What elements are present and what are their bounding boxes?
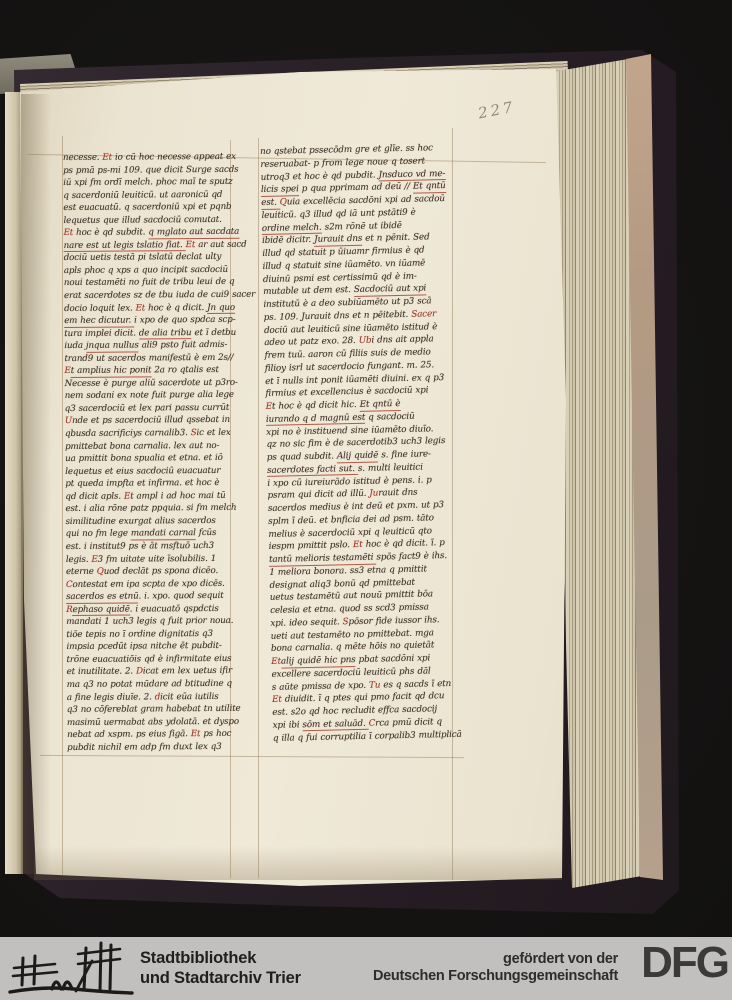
manuscript-line: docio loquit lex. Et hoc è q dicit. Jn q… bbox=[64, 301, 235, 315]
manuscript-line: em hec dicutur. i xpo de quo spdca scp- bbox=[64, 314, 235, 328]
ink-text: noui testamēti no fuit de tribu leui de … bbox=[64, 277, 235, 288]
ink-text: et ī detbu bbox=[191, 327, 236, 337]
manuscript-line: mandati 1 uch3 legis q fuit prior noua. bbox=[66, 615, 237, 629]
manuscript-line: pubdit nichil em adp fm duxt lex q3 bbox=[67, 740, 238, 754]
rubric-underlined-text: Alij quidē bbox=[337, 450, 379, 462]
manuscript-line: lequetus et eius sacdociū euacuatur bbox=[65, 464, 236, 478]
library-name-line1: Stadtbibliothek bbox=[140, 948, 301, 968]
rubric-text: Et bbox=[353, 540, 363, 550]
ink-text: uod declāt ps spona dicēo. bbox=[104, 566, 218, 577]
ink-text: hoc è qd dicit. ī. p bbox=[362, 538, 444, 550]
funding-credit-line1: gefördert von der bbox=[373, 951, 618, 968]
manuscript-line: nare est ut legis tslatio fiat. Et ar au… bbox=[64, 239, 235, 253]
ink-text: rca pmū dicit q bbox=[375, 717, 442, 728]
manuscript-line: dociū uetis testā pi tslatū declat ulty bbox=[64, 251, 235, 265]
manuscript-line: trand9 ut sacerdos manifestū è em 2s// bbox=[64, 352, 235, 366]
ink-text: lequetus que illud sacdociū comutat. bbox=[63, 215, 221, 226]
manuscript-line: tiōe tepis no ī ordine dignitatis q3 bbox=[66, 628, 237, 642]
ink-text: lequetus et eius sacdociū euacuatur bbox=[65, 466, 220, 477]
ink-text: q sacerdoniū leuiticū. ut aaronicū qd bbox=[63, 190, 222, 201]
manuscript-line: erat sacerdotes sz de tbu iuda de cui9 s… bbox=[64, 289, 235, 303]
ink-text: et inutilitate. 2. bbox=[67, 667, 136, 677]
manuscript-line: qui no fm lege mandati carnal fcūs bbox=[66, 527, 237, 541]
manuscript-line: qbusda sacrificiys carnalib3. Sic et lex bbox=[65, 427, 236, 441]
ink-text: icat em lex uetus ifir bbox=[143, 666, 232, 677]
ink-text: legis. bbox=[66, 554, 92, 564]
rubric-text: Et bbox=[272, 695, 282, 705]
ink-text: filioy isrl ut sacerdocio fungant. m. 25… bbox=[265, 360, 434, 374]
ink-text: uia excellēcia sacdōni xpi ad sacdoū bbox=[287, 194, 445, 207]
rubric-text: Et bbox=[271, 657, 281, 667]
ink-text: masimū uermabat abs ydolatā. et dyspo bbox=[67, 716, 239, 727]
ink-text: s aūte pmissa de xpo. bbox=[272, 680, 369, 692]
ink-text: adeo ut patz exo. 28. bbox=[264, 336, 359, 348]
ink-text: iuda bbox=[64, 341, 86, 351]
ink-text: ontestat em ipa scpta de xpo dicēs. bbox=[72, 578, 224, 589]
rubric-underlined-text: Et qntū bbox=[413, 181, 446, 193]
ink-text: pmittebat bona carnalia. lex aut no- bbox=[65, 440, 219, 451]
manuscript-line: ua pmittit bona spualia et etna. et iō bbox=[65, 452, 236, 466]
rubric-underlined-text: de alia tribu bbox=[139, 328, 192, 340]
manuscript-line: tura implei dicit. de alia tribu et ī de… bbox=[64, 326, 235, 340]
rubric-text: Et bbox=[64, 228, 74, 238]
ink-text: t hoc è qd dicit hic. bbox=[272, 400, 360, 412]
manuscript-line: Rephaso quidē. i euacuatō qspdctis bbox=[66, 602, 237, 616]
ink-text: pbat sacdōni xpi bbox=[355, 653, 430, 665]
ink-text: apls phoc q xps a quo incipit sacdociū bbox=[64, 265, 228, 276]
rubric-underlined-text: Jn quo bbox=[207, 302, 235, 314]
rubric-underlined-text: alij quidē hic pns bbox=[281, 655, 356, 668]
rubric-underlined-text: Jurauit dns bbox=[314, 234, 362, 247]
manuscript-line: noui testamēti no fuit de tribu leui de … bbox=[64, 276, 235, 290]
ink-text: io cū hoc necesse appeat ex bbox=[112, 152, 236, 163]
ink-text: nde et ps sacerdociū illud qssebat in bbox=[72, 415, 230, 426]
ink-text: iespm pmittit pslo. bbox=[269, 540, 353, 552]
rubric-text: Tu bbox=[369, 680, 380, 690]
manuscript-line: pt queda impfta et infirma. et hoc è bbox=[65, 477, 236, 491]
ink-text: Necesse è purge aliū sacerdote ut p3ro- bbox=[65, 378, 238, 389]
rubric-underlined-text: sacerdos es etnū bbox=[66, 592, 138, 604]
ink-text: mutable ut dem est. bbox=[263, 285, 354, 297]
ink-text: s. fine iure- bbox=[378, 449, 431, 460]
ruling-line-vertical-3 bbox=[258, 138, 259, 878]
ink-text: 3 fm uitate uite īsolubilis. 1 bbox=[98, 553, 217, 564]
ink-text: excellere sacerdociū leuiticū phs dāl bbox=[271, 666, 430, 679]
ink-text: est euacuatū. q sacerdoniū xpi et pqnb bbox=[63, 202, 231, 213]
ink-text: designat aliq3 bonū qd pmittebat bbox=[269, 577, 415, 590]
ink-text: q3 no cōfereblat gram habebat tn utilite bbox=[67, 704, 241, 715]
manuscript-line: qd dicit apls. Et ampl i ad hoc mai tū bbox=[65, 490, 236, 504]
ink-text: et n pēnit. Sed bbox=[362, 233, 430, 244]
ink-text: similitudine exurgat alius sacerdos bbox=[66, 516, 216, 527]
manuscript-line: pmittebat bona carnalia. lex aut no- bbox=[65, 439, 236, 453]
ink-text: s2m rōnē ut ibidē bbox=[322, 220, 402, 232]
manuscript-column-left: necesse. Et io cū hoc necesse appeat exp… bbox=[63, 151, 238, 754]
manuscript-line: Unde et ps sacerdociū illud qssebat in bbox=[65, 414, 236, 428]
manuscript-line: a fine legis diuīe. 2. dicit eūa iutilis bbox=[67, 690, 238, 704]
rubric-text: Q bbox=[97, 567, 104, 577]
manuscript-line: Et hoc è qd subdit. q mglato aut sacdata bbox=[64, 226, 235, 240]
ink-text: splm ī deū. et bnficia dei ad psm. tāto bbox=[268, 513, 434, 527]
manuscript-line: necesse. Et io cū hoc necesse appeat ex bbox=[63, 151, 234, 165]
rubric-underlined-text: t amplius hic ponit bbox=[71, 366, 152, 378]
manuscript-line: nem sodani ex note fuit purge alia lege bbox=[65, 389, 236, 403]
rubric-underlined-text: em hec dicutur. bbox=[64, 316, 134, 328]
ink-text: ibidē dicitr. bbox=[262, 235, 314, 246]
ink-text: nebat ad xspm. ps eius figā. bbox=[67, 729, 191, 740]
manuscript-line: trōne euacuatiōis qd è infirmitate eius bbox=[67, 653, 238, 667]
ink-text: iū xpi fm ordī melch. phoc maī te sputz bbox=[63, 177, 232, 188]
ink-text: nem sodani ex note fuit purge alia lege bbox=[65, 390, 234, 401]
ink-text: qd dicit apls. bbox=[65, 491, 124, 501]
manuscript-line: est euacuatū. q sacerdoniū xpi et pqnb bbox=[63, 201, 234, 215]
ink-text: ar aut sacd bbox=[195, 240, 246, 250]
rubric-underlined-text: licis spei bbox=[261, 184, 299, 196]
rubric-text: Et bbox=[136, 303, 146, 313]
rubric-underlined-text: est. bbox=[261, 198, 280, 210]
ink-text: necesse. bbox=[63, 153, 102, 163]
ink-text: celesia et etna. quod ss scd3 pmissa bbox=[270, 602, 429, 615]
ink-text: illud q statuit sine iūamēto. vn iūamē bbox=[263, 258, 426, 272]
rubric-underlined-text: sōm et saluād. bbox=[302, 719, 368, 732]
porta-nigra-sketch-icon bbox=[8, 939, 134, 998]
rubric-underlined-text: mandati carnal bbox=[131, 528, 196, 540]
ink-text: ps. 109. bbox=[264, 312, 302, 323]
rubric-text: Sacer bbox=[411, 309, 436, 320]
ink-text: fcūs bbox=[196, 528, 217, 538]
manuscript-line: sacerdos es etnū. i. xpo. quod sequit bbox=[66, 590, 237, 604]
manuscript-line: iuda jnqua nullus ali9 psto fuit admis- bbox=[64, 339, 235, 353]
manuscript-line: similitudine exurgat alius sacerdos bbox=[66, 515, 237, 529]
ink-text: rauit dns bbox=[378, 488, 417, 499]
manuscript-line: ps pmā ps-mi 109. que dicit Surge sacds bbox=[63, 163, 234, 177]
manuscript-line: q3 no cōfereblat gram habebat tn utilite bbox=[67, 703, 238, 717]
ink-text: utroq3 et hoc è qd pubdit. bbox=[261, 170, 379, 183]
ink-text: firmius et excellencius è sacdociū xpi bbox=[265, 386, 428, 400]
ink-text: ma q3 no potat mūdare ad btitudine q bbox=[67, 679, 232, 690]
ink-text: 1 meliora bonora. ss3 etna q pmittit bbox=[269, 564, 427, 577]
ink-text: q illa q fui corruptilia ī corpalib3 mul… bbox=[273, 729, 462, 743]
manuscript-line: est. i alia rōne patz ppquia. si fm melc… bbox=[65, 502, 236, 516]
ink-text: ps hoc bbox=[200, 729, 231, 739]
ink-text: qui no fm lege bbox=[66, 529, 131, 539]
ink-text: t ampl i ad hoc mai tū bbox=[130, 491, 225, 502]
ink-text: s. multi leuitici bbox=[358, 462, 423, 473]
manuscript-line: et inutilitate. 2. Dicat em lex uetus if… bbox=[67, 665, 238, 679]
ink-text: xpi. ideo sequit. bbox=[270, 617, 342, 629]
ink-text: tura implei dicit. bbox=[64, 328, 139, 339]
manuscript-line: masimū uermabat abs ydolatā. et dyspo bbox=[67, 715, 238, 729]
footer-banner: Stadtbibliothek und Stadtarchiv Trier ge… bbox=[0, 937, 732, 1000]
manuscript-line: iū xpi fm ordī melch. phoc maī te sputz bbox=[63, 176, 234, 190]
page-bottom-shade bbox=[34, 846, 562, 880]
manuscript-column-right: no qstebat pssecōdm gre et glīe. ss hocr… bbox=[260, 142, 465, 745]
manuscript-line: Contestat em ipa scpta de xpo dicēs. bbox=[66, 577, 237, 591]
ink-text: ps quad subdit. bbox=[267, 451, 337, 463]
rubric-text: Ju bbox=[369, 489, 378, 499]
ink-text: . i euacuatō qspdctis bbox=[130, 604, 219, 615]
ink-text: p qua pprimam ad deū // bbox=[299, 182, 414, 194]
ink-text: . i. xpo. quod sequit bbox=[138, 591, 223, 602]
rubric-text: Et bbox=[191, 729, 201, 739]
manuscript-line: est. i institut9 ps è āt msftuō uch3 bbox=[66, 540, 237, 554]
rubric-underlined-text: ephaso quidē bbox=[73, 604, 130, 616]
ink-text: icit eūa iutilis bbox=[160, 691, 218, 701]
ink-text: hoc è q dicit. bbox=[145, 303, 207, 313]
ink-text: trōne euacuatiōis qd è infirmitate eius bbox=[67, 654, 232, 665]
ink-text: a fine legis diuīe. 2. bbox=[67, 692, 155, 703]
ink-text: es q sacds ī etn bbox=[380, 678, 451, 690]
rubric-underlined-text: sacerdotes facti sut. bbox=[267, 464, 358, 477]
manuscript-line: Necesse è purge aliū sacerdote ut p3ro- bbox=[65, 377, 236, 391]
ink-text: docio loquit lex. bbox=[64, 303, 136, 313]
manuscript-line: lequetus que illud sacdociū comutat. bbox=[63, 214, 234, 228]
ink-text: erat sacerdotes sz de tbu iuda de cui9 s… bbox=[64, 290, 255, 301]
ink-text: spōs fact9 è ihs. bbox=[376, 551, 447, 563]
ink-text: pubdit nichil em adp fm duxt lex q3 bbox=[67, 742, 221, 753]
library-name: Stadtbibliothek und Stadtarchiv Trier bbox=[140, 948, 301, 988]
rubric-underlined-text: q mglato aut sacdata bbox=[148, 227, 239, 239]
ink-text: ua pmittit bona spualia et etna. et iō bbox=[65, 453, 223, 464]
ink-text: hoc è qd subdit. bbox=[73, 228, 148, 239]
rubric-underlined-text: Et qntū è bbox=[360, 399, 401, 411]
rubric-underlined-text: ordine melch. bbox=[262, 222, 322, 235]
rubric-text: Et bbox=[186, 240, 196, 250]
ink-text: Jurauit dns et n pēitebit. bbox=[301, 309, 411, 321]
ink-text: psram qui dicit ad illū. bbox=[268, 489, 370, 501]
ink-text: impsia pcedūt ipsa nitche ēt pubdit- bbox=[66, 641, 221, 652]
ink-text: tiōe tepis no ī ordine dignitatis q3 bbox=[66, 629, 213, 640]
digitized-manuscript-viewer: { "annotations": { "page_number": "227" … bbox=[0, 0, 732, 1000]
ink-text: est. i institut9 ps è āt msftuō uch3 bbox=[66, 541, 214, 552]
manuscript-line: nebat ad xspm. ps eius figā. Et ps hoc bbox=[67, 728, 238, 742]
ink-text: i dns ait appla bbox=[371, 335, 433, 346]
rubric-text: Et bbox=[102, 153, 112, 163]
rubric-text: Ub bbox=[359, 336, 372, 346]
ink-text: mandati 1 uch3 legis q fuit prior noua. bbox=[66, 616, 233, 627]
ink-text: reseruabat- p from lege noue q tosert bbox=[260, 156, 425, 170]
rubric-underlined-text: nare est ut legis tslatio fiat. bbox=[64, 240, 186, 252]
ink-text: q sacdociū bbox=[365, 411, 415, 422]
manuscript-line: eterne Quod declāt ps spona dicēo. bbox=[66, 565, 237, 579]
ink-text: ic et lex bbox=[196, 428, 230, 438]
ink-text: trand9 ut sacerdos manifestū è em 2s// bbox=[64, 353, 233, 364]
ink-text: xpi ibi bbox=[273, 720, 303, 731]
manuscript-line: ma q3 no potat mūdare ad btitudine q bbox=[67, 678, 238, 692]
ink-text: ps pmā ps-mi 109. que dicit Surge sacds bbox=[63, 164, 238, 175]
ink-text: eterne bbox=[66, 567, 97, 577]
rubric-underlined-text: jnqua nullus bbox=[86, 341, 139, 353]
dfg-logo: DFG bbox=[641, 941, 728, 985]
ink-text: leuiticū. q3 illud qd iā unt pstāti9 è bbox=[261, 207, 415, 220]
manuscript-line: impsia pcedūt ipsa nitche ēt pubdit- bbox=[66, 640, 237, 654]
ink-text: pōsor fide iussor ihs. bbox=[348, 615, 439, 627]
manuscript-line: Et amplius hic ponit 2a ro qtalis est bbox=[64, 364, 235, 378]
ink-text: qbusda sacrificiys carnalib3. bbox=[65, 428, 191, 439]
ink-text: ali9 psto fuit admis- bbox=[139, 340, 228, 351]
manuscript-line: apls phoc q xps a quo incipit sacdociū bbox=[64, 264, 235, 278]
library-name-line2: und Stadtarchiv Trier bbox=[140, 968, 301, 988]
ink-text: 2a ro qtalis est bbox=[151, 365, 219, 375]
funding-credit: gefördert von der Deutschen Forschungsge… bbox=[373, 951, 618, 984]
manuscript-line: legis. E3 fm uitate uite īsolubilis. 1 bbox=[66, 552, 237, 566]
ink-text: q3 sacerdociū et lex pari passu currūt bbox=[65, 403, 229, 414]
ink-text: i xpo de quo spdca scp- bbox=[134, 315, 235, 326]
ink-text: dociū uetis testā pi tslatū declat ulty bbox=[64, 252, 222, 263]
ink-text: pt queda impfta et infirma. et hoc è bbox=[65, 478, 219, 489]
gutter-shadow bbox=[21, 94, 51, 874]
funding-credit-line2: Deutschen Forschungsgemeinschaft bbox=[373, 968, 618, 985]
manuscript-line: q sacerdoniū leuiticū. ut aaronicū qd bbox=[63, 188, 234, 202]
ink-text: est. i alia rōne patz ppquia. si fm melc… bbox=[65, 503, 236, 514]
manuscript-line: q3 sacerdociū et lex pari passu currūt bbox=[65, 402, 236, 416]
